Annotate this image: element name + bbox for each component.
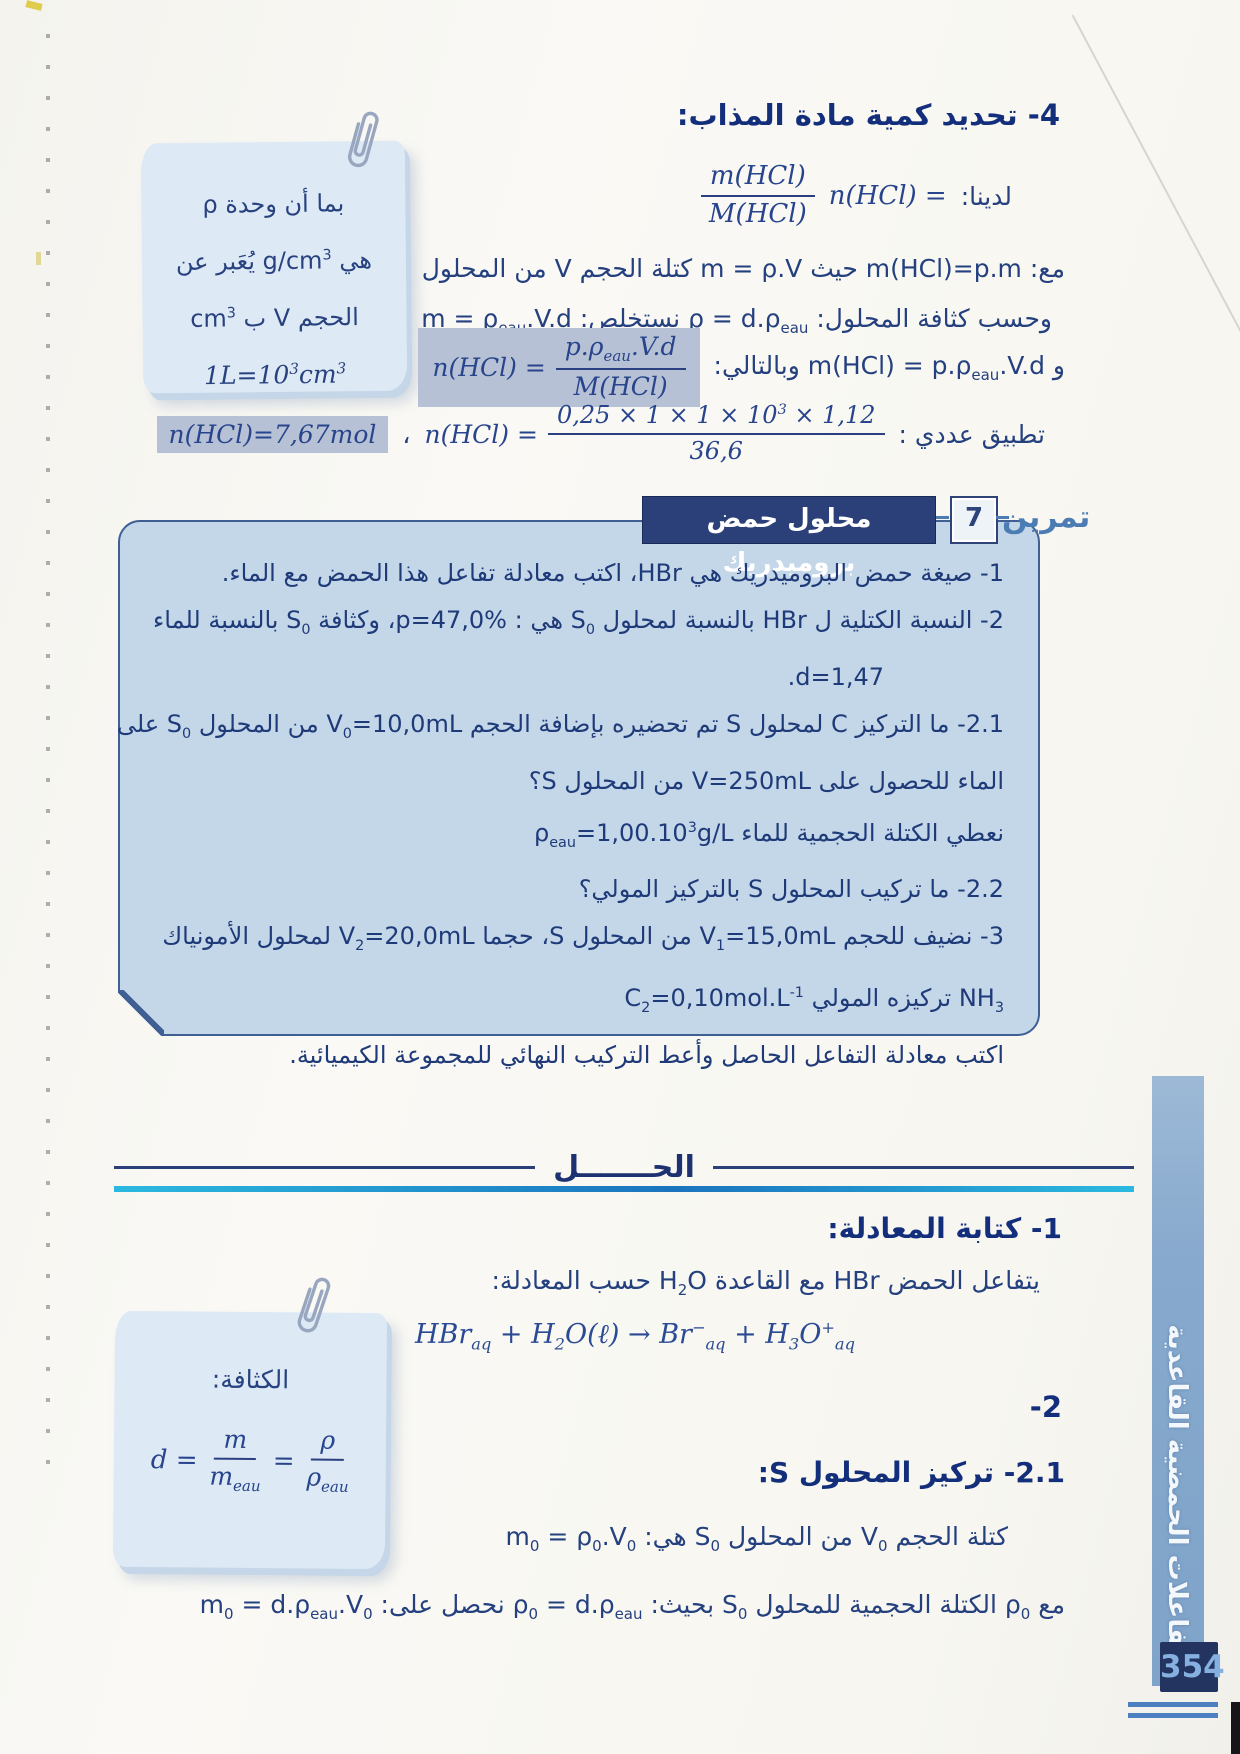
page-number-rule xyxy=(1128,1713,1218,1718)
numerator: m(HCl) xyxy=(701,162,815,197)
fraction-rho: ρ ρeau xyxy=(306,1426,349,1495)
density-formula: d = m meau = ρ ρeau xyxy=(114,1425,387,1496)
given-label: لدينا: xyxy=(961,182,1012,211)
exercise-line: NH3 تركيزه المولي C2=0,10mol.L-1 xyxy=(150,970,1004,1032)
equals-sign: = xyxy=(273,1446,295,1476)
note-line: بما أن وحدة ρ xyxy=(141,177,406,232)
page-number: 354 xyxy=(1160,1649,1225,1685)
exercise-line: 1- صيغة حمض البروميدريك هي HBr، اكتب معا… xyxy=(150,550,1004,597)
exercise-number-box: 7 xyxy=(950,496,998,544)
thus-text: و m(HCl) = p.ρeau.V.d وبالتالي: xyxy=(714,351,1065,384)
fraction-numeric: 0,25 × 1 × 1 × 103 × 1,12 36,6 xyxy=(548,402,885,465)
numerator: m xyxy=(214,1426,256,1460)
apply-label: تطبيق عددي : xyxy=(899,420,1045,449)
scan-mark xyxy=(36,252,41,265)
fraction-mass: m meau xyxy=(209,1426,261,1495)
denominator: M(HCl) xyxy=(709,197,807,230)
thus-line: و m(HCl) = p.ρeau.V.d وبالتالي: n(HCl) =… xyxy=(418,326,1065,408)
formula-lhs: d = xyxy=(151,1445,198,1475)
scanned-textbook-page: 4- تحديد كمية مادة المذاب: لدينا: n(HCl)… xyxy=(0,0,1240,1754)
sticky-note-units: بما أن وحدة ρ هي g/cm3 يُعَبر عن الحجم V… xyxy=(141,141,408,394)
denominator: 36,6 xyxy=(690,435,743,466)
denominator: meau xyxy=(209,1459,261,1495)
exercise-line: 3- نضيف للحجم V1=15,0mL من المحلول S، حج… xyxy=(150,913,1004,970)
apply-line: تطبيق عددي : n(HCl) = 0,25 × 1 × 1 × 103… xyxy=(157,400,1045,468)
numerator: p.ρeau.V.d xyxy=(556,333,686,370)
exercise-line: نعطي الكتلة الحجمية للماء ρeau=1,00.103g… xyxy=(150,805,1004,867)
numerator: ρ xyxy=(311,1427,344,1461)
scan-mark xyxy=(25,0,42,11)
page-number-rule xyxy=(1128,1702,1218,1707)
exercise-label: تمرين xyxy=(1002,500,1090,535)
formula-lhs: n(HCl) = xyxy=(425,420,538,449)
exercise-line: الماء للحصول على V=250mL من المحلول S؟ xyxy=(150,758,1004,805)
side-tab-label: التفاعلات الحمضية القاعدية xyxy=(1162,1324,1192,1676)
s21-line1: كتلة الحجم V0 من المحلول S0 هي: m0 = ρ0.… xyxy=(506,1522,1008,1555)
solution-underline xyxy=(114,1186,1134,1192)
fraction-n-hcl: m(HCl) M(HCl) xyxy=(701,162,815,230)
page-corner-fold xyxy=(1072,15,1240,334)
exercise-title-banner: محلول حمض بروميدريك xyxy=(642,496,936,544)
exercise-line: d=1,47. xyxy=(150,654,1004,701)
sticky-note-density: الكثافة: d = m meau = ρ ρeau xyxy=(113,1311,387,1569)
exercise-line: 2- النسبة الكتلية ل HBr بالنسبة لمحلول S… xyxy=(150,597,1004,654)
note-line: هي g/cm3 يُعَبر عن xyxy=(142,229,407,289)
numerator: 0,25 × 1 × 1 × 103 × 1,12 xyxy=(548,402,885,435)
apply-result: n(HCl)=7,67mol xyxy=(157,416,389,453)
exercise-box: محلول حمض بروميدريك 7 تمرين 1- صيغة حمض … xyxy=(118,520,1040,1036)
fraction-result: p.ρeau.V.d M(HCl) xyxy=(556,333,686,402)
given-line: لدينا: n(HCl) = m(HCl) M(HCl) xyxy=(701,156,1012,236)
solution-header-word: الحـــــــل xyxy=(553,1150,695,1185)
highlighted-formula: n(HCl) = p.ρeau.V.d M(HCl) xyxy=(418,328,699,407)
s21-title: 2.1- تركيز المحلول S: xyxy=(758,1456,1065,1489)
page-number-box: 354 xyxy=(1160,1642,1218,1692)
solution-header: الحـــــــل xyxy=(114,1150,1134,1185)
page-edge-shadow xyxy=(1231,1702,1240,1754)
header-rule-right xyxy=(713,1166,1134,1169)
note-line: الحجم V ب cm3 xyxy=(142,286,407,346)
chapter-side-tab: التفاعلات الحمضية القاعدية xyxy=(1152,1076,1204,1686)
binding-marks xyxy=(46,34,50,1464)
denominator: M(HCl) xyxy=(574,370,668,402)
formula-lhs: n(HCl) = xyxy=(829,181,947,211)
s21-line2: مع ρ0 الكتلة الحجمية للمحلول S0 بحيث: ρ0… xyxy=(200,1590,1065,1623)
s1-title: 1- كتابة المعادلة: xyxy=(827,1212,1062,1245)
note-line: 1L=103cm3 xyxy=(143,343,408,402)
exercise-line: 2.1- ما التركيز C لمحلول S تم تحضيره بإض… xyxy=(150,701,1004,758)
exercise-body: 1- صيغة حمض البروميدريك هي HBr، اكتب معا… xyxy=(150,550,1004,1079)
formula-lhs: n(HCl) = xyxy=(432,353,545,382)
section4-title: 4- تحديد كمية مادة المذاب: xyxy=(677,98,1060,132)
apply-separator: ، xyxy=(402,420,410,449)
with-line: مع: m(HCl)=p.m حيث m = ρ.V كتلة الحجم V … xyxy=(422,254,1065,283)
s2-label: -2 xyxy=(1030,1390,1062,1424)
denominator: ρeau xyxy=(306,1460,348,1496)
exercise-line: اكتب معادلة التفاعل الحاصل وأعط التركيب … xyxy=(150,1032,1004,1079)
header-rule-left xyxy=(114,1166,535,1169)
s1-intro: يتفاعل الحمض HBr مع القاعدة H2O حسب المع… xyxy=(491,1266,1040,1299)
exercise-line: 2.2- ما تركيب المحلول S بالتركيز المولي؟ xyxy=(150,866,1004,913)
divider-dash xyxy=(936,516,949,519)
chemical-equation: HBraq + H2O(ℓ) → Br−aq + H3O+aq xyxy=(415,1318,855,1353)
apply-fraction: n(HCl) = 0,25 × 1 × 1 × 103 × 1,12 36,6 xyxy=(425,402,885,465)
note-density-title: الكثافة: xyxy=(114,1311,387,1401)
